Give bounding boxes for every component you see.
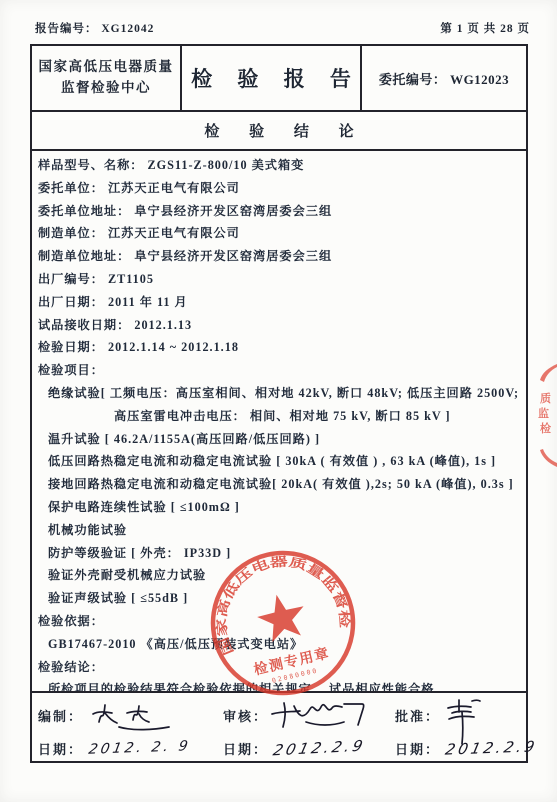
issuing-org-cell: 国家高低压电器质量 监督检验中心 bbox=[32, 46, 182, 110]
approved-signature bbox=[442, 698, 498, 732]
prepared-label: 编制： bbox=[38, 706, 83, 725]
conclusion-text-line: 所检项目的检验结果符合检验依据的相关规定， 试品相应性能合格. bbox=[38, 678, 520, 691]
signature-block: 编制： 审核： bbox=[32, 691, 526, 761]
report-header-row: 国家高低压电器质量 监督检验中心 检 验 报 告 委托编号： WG12023 bbox=[32, 46, 526, 112]
prepared-by-cell: 编制： bbox=[38, 696, 223, 734]
prepared-date-value: 2012. 2. 9 bbox=[87, 738, 192, 758]
approved-date-value: 2012.2.9 bbox=[444, 737, 539, 758]
reviewed-date-value: 2012.2.9 bbox=[271, 737, 367, 760]
lv-circuit-current-test-line: 低压回路热稳定电流和动稳定电流试验 [ 30kA ( 有效值 ) , 63 kA… bbox=[38, 450, 520, 473]
receipt-date-line: 试品接收日期： 2012.1.13 bbox=[38, 314, 520, 337]
reviewed-date-cell: 日期： 2012.2.9 bbox=[223, 734, 395, 762]
conclusion-heading: 检验结论： bbox=[38, 656, 520, 679]
standard-reference-line: GB17467-2010 《高压/低压预装式变电站》 bbox=[38, 633, 520, 656]
approved-by-cell: 批准： bbox=[395, 696, 537, 734]
org-name-line1: 国家高低压电器质量 bbox=[39, 57, 174, 78]
report-number: 报告编号： XG12042 bbox=[35, 20, 154, 36]
prepared-date-cell: 日期： 2012. 2. 9 bbox=[38, 734, 223, 762]
riding-stamp-fragment: 质 监 检 bbox=[531, 362, 557, 472]
sound-level-test-line: 验证声级试验 [ ≤55dB ] bbox=[38, 587, 520, 610]
factory-date-line: 出厂日期： 2011 年 11 月 bbox=[38, 291, 520, 314]
inspection-items-heading: 检验项目： bbox=[38, 359, 520, 382]
insulation-test-line-1: 绝缘试验[ 工频电压：高压室相间、相对地 42kV, 断口 48kV; 低压主回… bbox=[38, 382, 520, 405]
consignor-line: 委托单位： 江苏天正电气有限公司 bbox=[38, 177, 520, 200]
ip-rating-test-line: 防护等级验证 [ 外壳： IP33D ] bbox=[38, 542, 520, 565]
reviewed-by-cell: 审核： bbox=[223, 696, 395, 734]
edge-fragment-char-2: 监 bbox=[538, 406, 549, 420]
temperature-rise-test-line: 温升试验 [ 46.2A/1155A(高压回路/低压回路) ] bbox=[38, 428, 520, 451]
sample-model-line: 样品型号、名称： ZGS11-Z-800/10 美式箱变 bbox=[38, 154, 520, 177]
manufacturer-line: 制造单位： 江苏天正电气有限公司 bbox=[38, 222, 520, 245]
mechanical-function-test-line: 机械功能试验 bbox=[38, 519, 520, 542]
consignor-address-line: 委托单位地址： 阜宁县经济开发区窑湾居委会三组 bbox=[38, 200, 520, 223]
manufacturer-address-line: 制造单位地址： 阜宁县经济开发区窑湾居委会三组 bbox=[38, 245, 520, 268]
reviewed-signature bbox=[270, 698, 378, 732]
consign-number: 委托编号： WG12023 bbox=[379, 69, 509, 88]
report-title-cell: 检 验 报 告 bbox=[182, 46, 362, 110]
reviewed-label: 审核： bbox=[223, 706, 268, 725]
reviewed-date-label: 日期： bbox=[223, 739, 268, 758]
section-title: 检 验 结 论 bbox=[191, 120, 366, 141]
page-count: 第 1 页 共 28 页 bbox=[440, 20, 530, 36]
protective-circuit-test-line: 保护电路连续性试验 [ ≤100mΩ ] bbox=[38, 496, 520, 519]
prepared-date-label: 日期： bbox=[38, 739, 83, 758]
report-body: 样品型号、名称： ZGS11-Z-800/10 美式箱变 委托单位： 江苏天正电… bbox=[32, 149, 526, 691]
inspection-report-page: 报告编号： XG12042 第 1 页 共 28 页 国家高低压电器质量 监督检… bbox=[0, 0, 557, 802]
edge-fragment-char-3: 检 bbox=[540, 421, 552, 435]
report-title: 检 验 报 告 bbox=[181, 63, 361, 93]
prepared-signature bbox=[85, 698, 185, 732]
inspection-date-line: 检验日期： 2012.1.14 ~ 2012.1.18 bbox=[38, 336, 520, 359]
insulation-test-line-2: 高压室雷电冲击电压： 相间、相对地 75 kV, 断口 85 kV ] bbox=[38, 405, 520, 428]
inspection-basis-heading: 检验依据： bbox=[38, 610, 520, 633]
earth-circuit-current-test-line: 接地回路热稳定电流和动稳定电流试验[ 20kA( 有效值 ),2s; 50 kA… bbox=[38, 473, 520, 496]
approved-date-label: 日期： bbox=[395, 739, 440, 758]
org-name-line2: 监督检验中心 bbox=[39, 78, 174, 99]
factory-number-line: 出厂编号： ZT1105 bbox=[38, 268, 520, 291]
section-title-row: 检 验 结 论 bbox=[32, 112, 526, 151]
enclosure-stress-test-line: 验证外壳耐受机械应力试验 bbox=[38, 564, 520, 587]
approved-date-cell: 日期： 2012.2.9 bbox=[395, 734, 537, 762]
top-meta-row: 报告编号： XG12042 第 1 页 共 28 页 bbox=[35, 20, 530, 36]
approved-label: 批准： bbox=[395, 706, 440, 725]
consign-no-cell: 委托编号： WG12023 bbox=[362, 46, 526, 110]
edge-fragment-char-1: 质 bbox=[540, 391, 551, 405]
report-table: 国家高低压电器质量 监督检验中心 检 验 报 告 委托编号： WG12023 检… bbox=[30, 44, 528, 763]
